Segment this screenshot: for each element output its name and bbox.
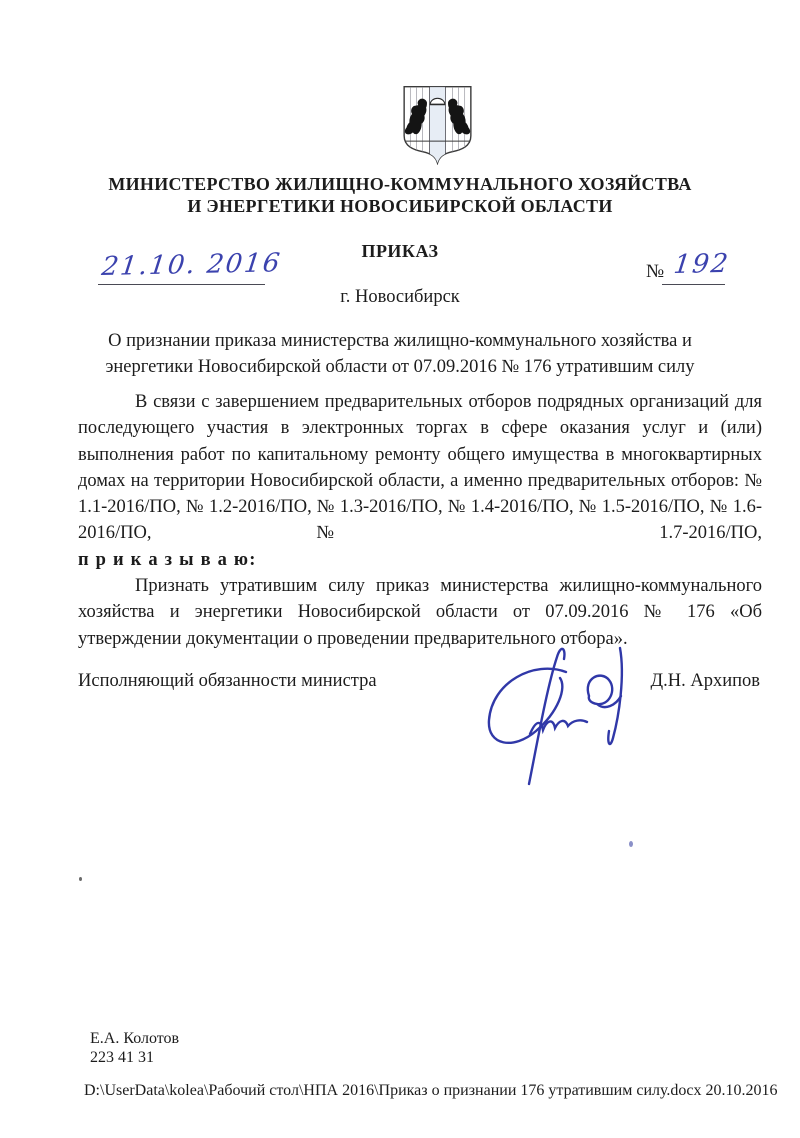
ink-speck-blue bbox=[629, 841, 633, 847]
signer-title: Исполняющий обязанности министра bbox=[78, 671, 377, 692]
ink-speck-dark bbox=[79, 877, 82, 881]
body-text-block: В связи с завершением предварительных от… bbox=[78, 389, 762, 652]
subject-text: О признании приказа министерства жилищно… bbox=[80, 328, 720, 380]
number-underline bbox=[662, 284, 725, 285]
scanned-order-document: МИНИСТЕРСТВО ЖИЛИЩНО-КОММУНАЛЬНОГО ХОЗЯЙ… bbox=[0, 0, 800, 1138]
order-word: п р и к а з ы в а ю: bbox=[78, 547, 762, 573]
coat-of-arms-emblem bbox=[398, 83, 477, 165]
executor-phone: 223 41 31 bbox=[90, 1049, 154, 1067]
city-line: г. Новосибирск bbox=[0, 287, 800, 308]
number-sign: № bbox=[646, 261, 664, 283]
signature-icon bbox=[468, 632, 653, 790]
ministry-name-line2: И ЭНЕРГЕТИКИ НОВОСИБИРСКОЙ ОБЛАСТИ bbox=[0, 196, 800, 217]
body-paragraph-1: В связи с завершением предварительных от… bbox=[78, 389, 762, 547]
body-paragraph-2: Признать утратившим силу приказ министер… bbox=[78, 573, 762, 652]
file-path-line: D:\UserData\kolea\Рабочий стол\НПА 2016\… bbox=[84, 1082, 778, 1100]
date-underline bbox=[98, 284, 265, 285]
handwritten-date: 21.10. 2016 bbox=[100, 248, 283, 282]
handwritten-number: 192 bbox=[672, 249, 731, 280]
coat-of-arms-icon bbox=[398, 83, 477, 165]
handwritten-signature bbox=[468, 632, 653, 790]
executor-name: Е.А. Колотов bbox=[90, 1030, 179, 1048]
ministry-name-line1: МИНИСТЕРСТВО ЖИЛИЩНО-КОММУНАЛЬНОГО ХОЗЯЙ… bbox=[0, 174, 800, 195]
